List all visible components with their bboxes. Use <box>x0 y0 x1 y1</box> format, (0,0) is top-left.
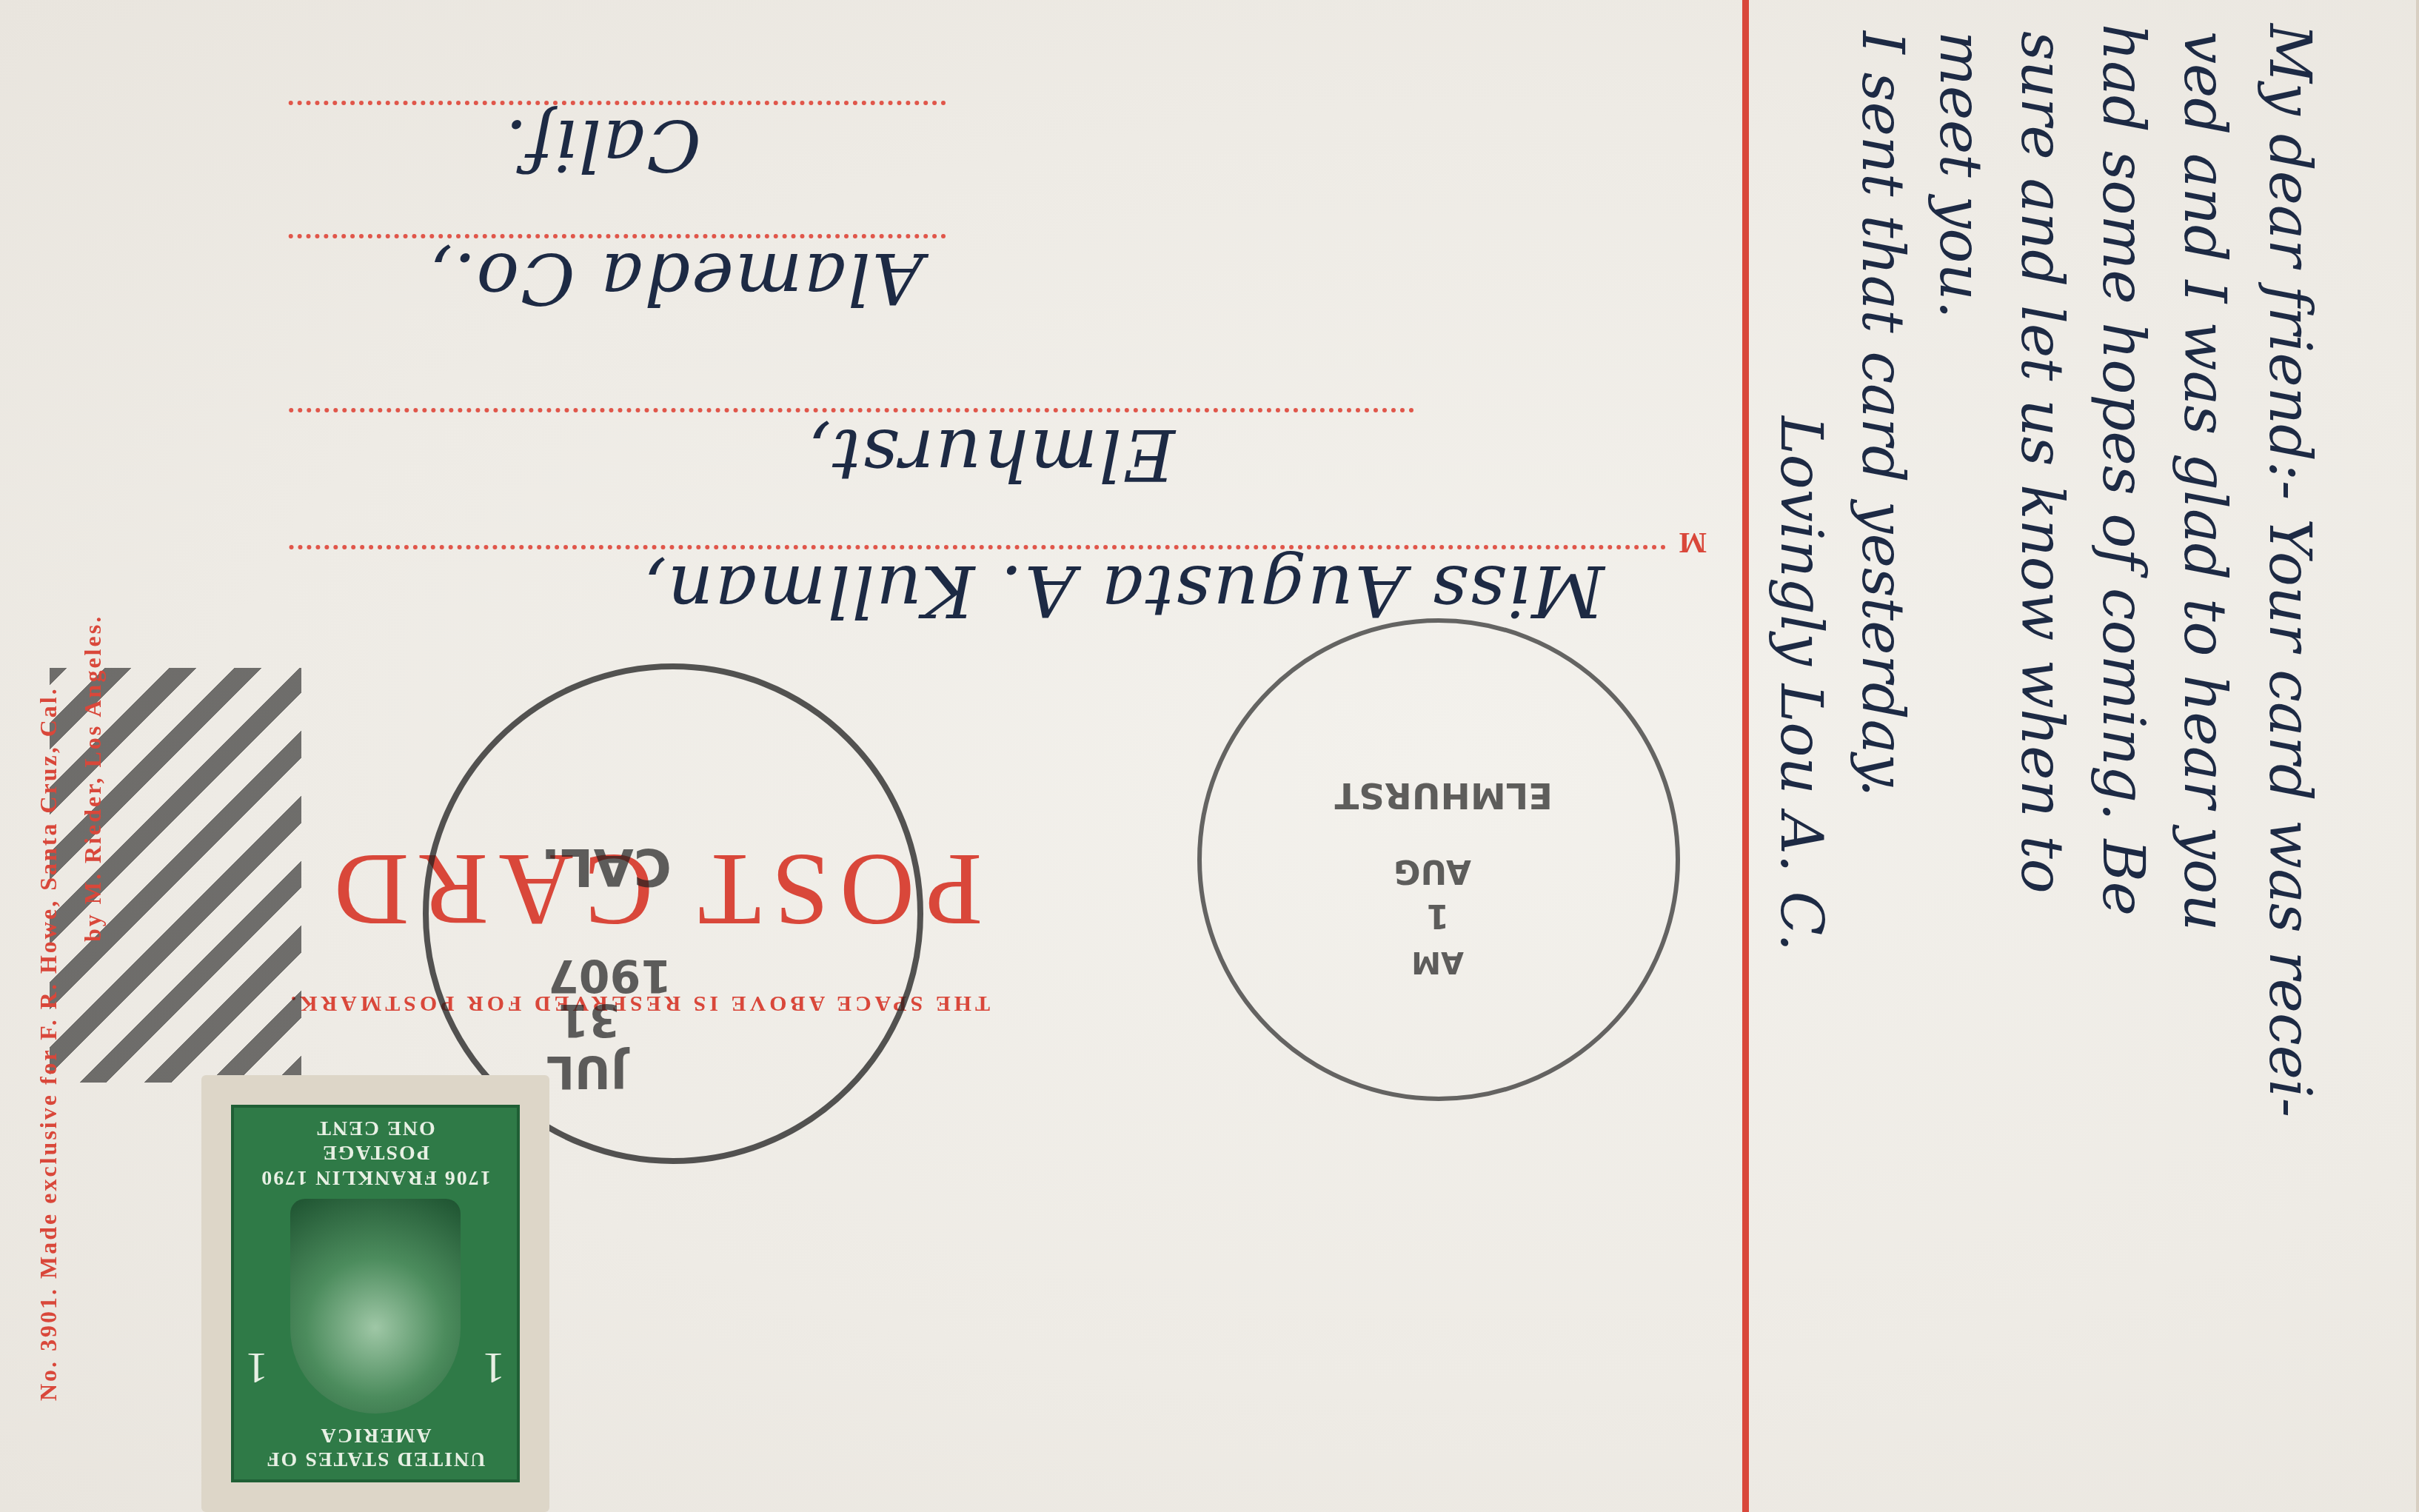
address-state: Calif. <box>503 104 701 187</box>
publisher-imprint-2: by M. Rieder, Los Angeles. <box>79 615 107 942</box>
message-line: had some hopes of coming. Be <box>2090 24 2156 916</box>
stamp-value-right: 1 <box>246 1342 268 1394</box>
stamp-country: UNITED STATES OF AMERICA <box>234 1423 517 1471</box>
stamp-portrait-caption: 1706 FRANKLIN 1790 <box>260 1165 490 1190</box>
receiving-postmark-month: AUG <box>1393 852 1471 890</box>
stamp-caption: 1706 FRANKLIN 1790 POSTAGE ONE CENT <box>260 1115 490 1190</box>
address-county: Alameda Co., <box>428 237 923 320</box>
receiving-postmark-time: AM <box>1411 945 1464 979</box>
postage-stamp: UNITED STATES OF AMERICA 1706 FRANKLIN 1… <box>201 1075 549 1512</box>
message-line: I sent that card yesterday. <box>1849 31 1916 797</box>
publisher-imprint: No. 3901. Made exclusive for F. R. Howe,… <box>35 686 62 1401</box>
address-prefix: M <box>1679 526 1707 561</box>
receiving-postmark-town: ELMHURST <box>1334 775 1553 816</box>
message-line: meet you. <box>1927 31 1993 318</box>
message-line: sure and let us know when to <box>2008 31 2075 894</box>
address-city: Elmhurst, <box>806 413 1175 496</box>
origin-postmark-day: 31 <box>558 994 620 1046</box>
franklin-portrait-icon <box>290 1199 461 1414</box>
message-line: My dear friend:- Your card was recei- <box>2256 24 2323 1117</box>
stamp-denomination: ONE CENT <box>260 1115 490 1140</box>
postcard-back: My dear friend:- Your card was recei- ve… <box>0 0 2419 1512</box>
receiving-postmark-day: 1 <box>1426 897 1449 934</box>
origin-postmark-month: JUL <box>546 1046 627 1097</box>
stamp-label: POSTAGE <box>260 1140 490 1165</box>
address-rule <box>288 408 1413 412</box>
message-area: My dear friend:- Your card was recei- ve… <box>1749 0 2419 1512</box>
stamp-design: UNITED STATES OF AMERICA 1706 FRANKLIN 1… <box>231 1105 520 1482</box>
address-area: M Miss Augusta A. Kullman, Elmhurst, Ala… <box>0 0 1723 1512</box>
origin-postmark-state: CAL. <box>541 837 672 897</box>
card-edge <box>2416 0 2419 1512</box>
divider-line <box>1742 0 1749 1512</box>
stamp-value-left: 1 <box>483 1342 505 1394</box>
message-signature: Lovingly Lou A. C. <box>1767 416 1834 951</box>
message-line: ved and I was glad to hear you <box>2171 31 2238 931</box>
